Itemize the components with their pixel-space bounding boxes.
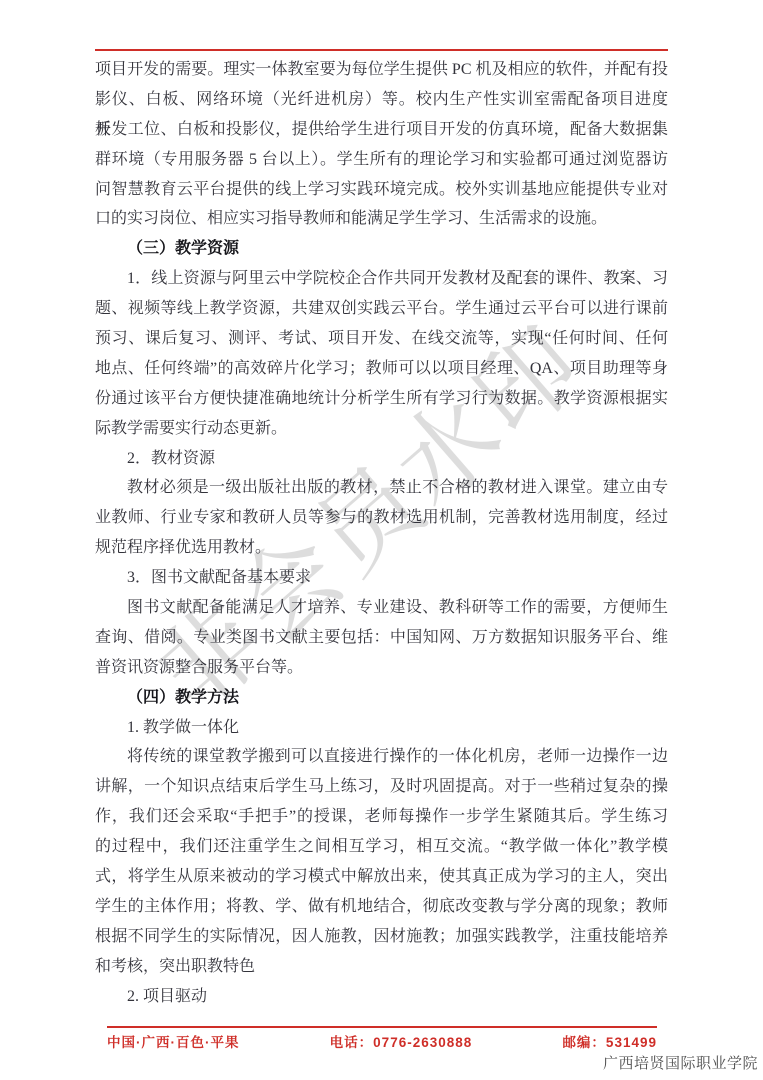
- school-name: 广西培贤国际职业学院: [603, 1052, 758, 1073]
- text-line: 讲解，一个知识点结束后学生马上练习，及时巩固提高。对于一些稍过复杂的操: [95, 772, 668, 802]
- text-line: 根据不同学生的实际情况，因人施教，因材施教；加强实践教学，注重技能培养: [95, 922, 668, 952]
- text-line: 预习、课后复习、测评、考试、项目开发、在线交流等，实现“任何时间、任何: [95, 324, 668, 354]
- text-line: 际教学需要实行动态更新。: [95, 414, 668, 444]
- footer-phone: 电话：0776-2630888: [330, 1031, 473, 1051]
- text-line: 图书文献配备能满足人才培养、专业建设、教科研等工作的需要，方便师生: [95, 593, 668, 623]
- text-line: 普资讯资源整合服务平台等。: [95, 653, 668, 683]
- text-line: 式，将学生从原来被动的学习模式中解放出来，使其真正成为学习的主人，突出: [95, 862, 668, 892]
- text-line: 问智慧教育云平台提供的线上学习实践环境完成。校外实训基地应能提供专业对: [95, 175, 668, 205]
- text-line: （四）教学方法: [95, 683, 668, 713]
- footer-postcode: 邮编：531499: [562, 1031, 657, 1051]
- paragraph: 1. 教学做一体化: [95, 713, 668, 743]
- text-line: 1．线上资源与阿里云中学院校企合作共同开发教材及配套的课件、教案、习: [95, 264, 668, 294]
- document-body: 项目开发的需要。理实一体教室要为每位学生提供 PC 机及相应的软件，并配有投影仪…: [95, 55, 668, 1012]
- paragraph: 将传统的课堂教学搬到可以直接进行操作的一体化机房，老师一边操作一边讲解，一个知识…: [95, 742, 668, 981]
- paragraph: 2. 项目驱动: [95, 982, 668, 1012]
- paragraph: 1．线上资源与阿里云中学院校企合作共同开发教材及配套的课件、教案、习题、视频等线…: [95, 264, 668, 443]
- top-red-rule: [95, 49, 668, 51]
- footer: 中国·广西·百色·平果 电话：0776-2630888 邮编：531499: [107, 1031, 657, 1051]
- paragraph: 2．教材资源: [95, 444, 668, 474]
- text-line: 开发工位、白板和投影仪，提供给学生进行项目开发的仿真环境，配备大数据集: [95, 115, 668, 145]
- text-line: 1. 教学做一体化: [95, 713, 668, 743]
- text-line: 口的实习岗位、相应实习指导教师和能满足学生学习、生活需求的设施。: [95, 204, 668, 234]
- text-line: 3．图书文献配备基本要求: [95, 563, 668, 593]
- text-line: 份通过该平台方便快捷准确地统计分析学生所有学习行为数据。教学资源根据实: [95, 384, 668, 414]
- document-page: 非会员水印 项目开发的需要。理实一体教室要为每位学生提供 PC 机及相应的软件，…: [0, 0, 763, 1080]
- text-line: 地点、任何终端”的高效碎片化学习；教师可以以项目经理、QA、项目助理等身: [95, 354, 668, 384]
- text-line: 业教师、行业专家和教研人员等参与的教材选用机制，完善教材选用制度，经过: [95, 503, 668, 533]
- text-line: 将传统的课堂教学搬到可以直接进行操作的一体化机房，老师一边操作一边: [95, 742, 668, 772]
- paragraph: 项目开发的需要。理实一体教室要为每位学生提供 PC 机及相应的软件，并配有投影仪…: [95, 55, 668, 234]
- text-line: 项目开发的需要。理实一体教室要为每位学生提供 PC 机及相应的软件，并配有投: [95, 55, 668, 85]
- text-line: 规范程序择优选用教材。: [95, 533, 668, 563]
- footer-location: 中国·广西·百色·平果: [107, 1031, 240, 1051]
- footer-red-rule: [107, 1026, 657, 1028]
- text-line: 作，我们还会采取“手把手”的授课，老师每操作一步学生紧随其后。学生练习: [95, 802, 668, 832]
- paragraph: 图书文献配备能满足人才培养、专业建设、教科研等工作的需要，方便师生查询、借阅。专…: [95, 593, 668, 683]
- paragraph: 3．图书文献配备基本要求: [95, 563, 668, 593]
- text-line: 群环境（专用服务器 5 台以上）。学生所有的理论学习和实验都可通过浏览器访: [95, 145, 668, 175]
- text-line: 和考核，突出职教特色: [95, 952, 668, 982]
- text-line: 查询、借阅。专业类图书文献主要包括：中国知网、万方数据知识服务平台、维: [95, 623, 668, 653]
- text-line: 教材必须是一级出版社出版的教材，禁止不合格的教材进入课堂。建立由专: [95, 473, 668, 503]
- text-line: 影仪、白板、网络环境（光纤进机房）等。校内生产性实训室需配备项目进度板、: [95, 85, 668, 115]
- text-line: 2．教材资源: [95, 444, 668, 474]
- text-line: 学生的主体作用；将教、学、做有机地结合，彻底改变教与学分离的现象；教师: [95, 892, 668, 922]
- text-line: 2. 项目驱动: [95, 982, 668, 1012]
- text-line: 的过程中，我们还注重学生之间相互学习，相互交流。“教学做一体化”教学模: [95, 832, 668, 862]
- text-line: 题、视频等线上教学资源，共建双创实践云平台。学生通过云平台可以进行课前: [95, 294, 668, 324]
- section-heading: （三）教学资源: [95, 234, 668, 264]
- section-heading: （四）教学方法: [95, 683, 668, 713]
- paragraph: 教材必须是一级出版社出版的教材，禁止不合格的教材进入课堂。建立由专业教师、行业专…: [95, 473, 668, 563]
- text-line: （三）教学资源: [95, 234, 668, 264]
